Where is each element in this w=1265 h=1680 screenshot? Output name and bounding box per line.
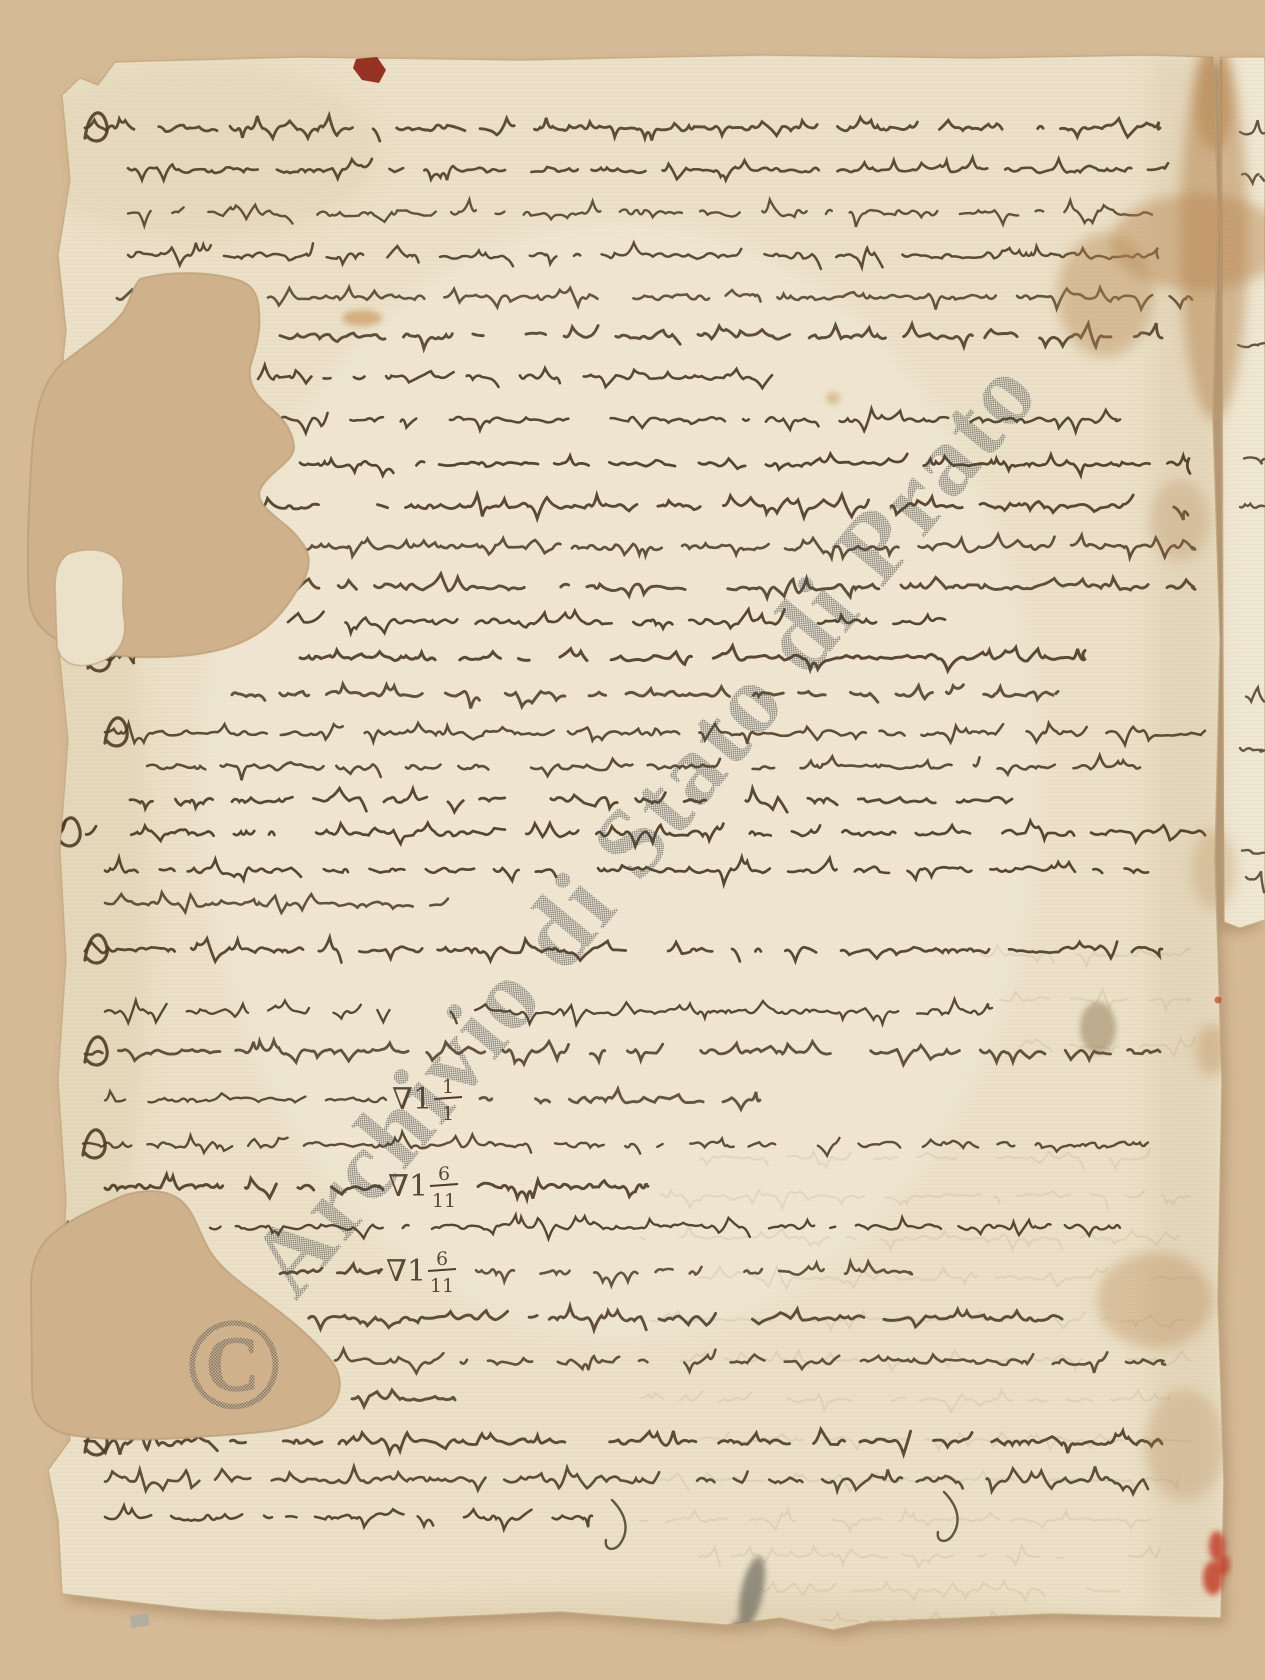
svg-text:11: 11: [432, 1190, 456, 1212]
ink-blot-spot: [342, 310, 382, 326]
corner-stain: [1097, 1252, 1213, 1348]
paper-fragment: [55, 550, 125, 666]
svg-text:11: 11: [430, 1275, 454, 1297]
red-speck: [1215, 997, 1222, 1004]
svg-text:6: 6: [438, 1163, 450, 1185]
watermark-copyright-symbol: ©: [184, 1290, 283, 1437]
edge-tag: [130, 1613, 149, 1627]
svg-text:∇1: ∇1: [386, 1254, 426, 1289]
document-scan: ∇111∇1611∇1611 © Archi: [0, 0, 1265, 1680]
scanned-manuscript: ∇111∇1611∇1611 © Archi: [0, 0, 1265, 1680]
svg-text:6: 6: [436, 1248, 448, 1270]
